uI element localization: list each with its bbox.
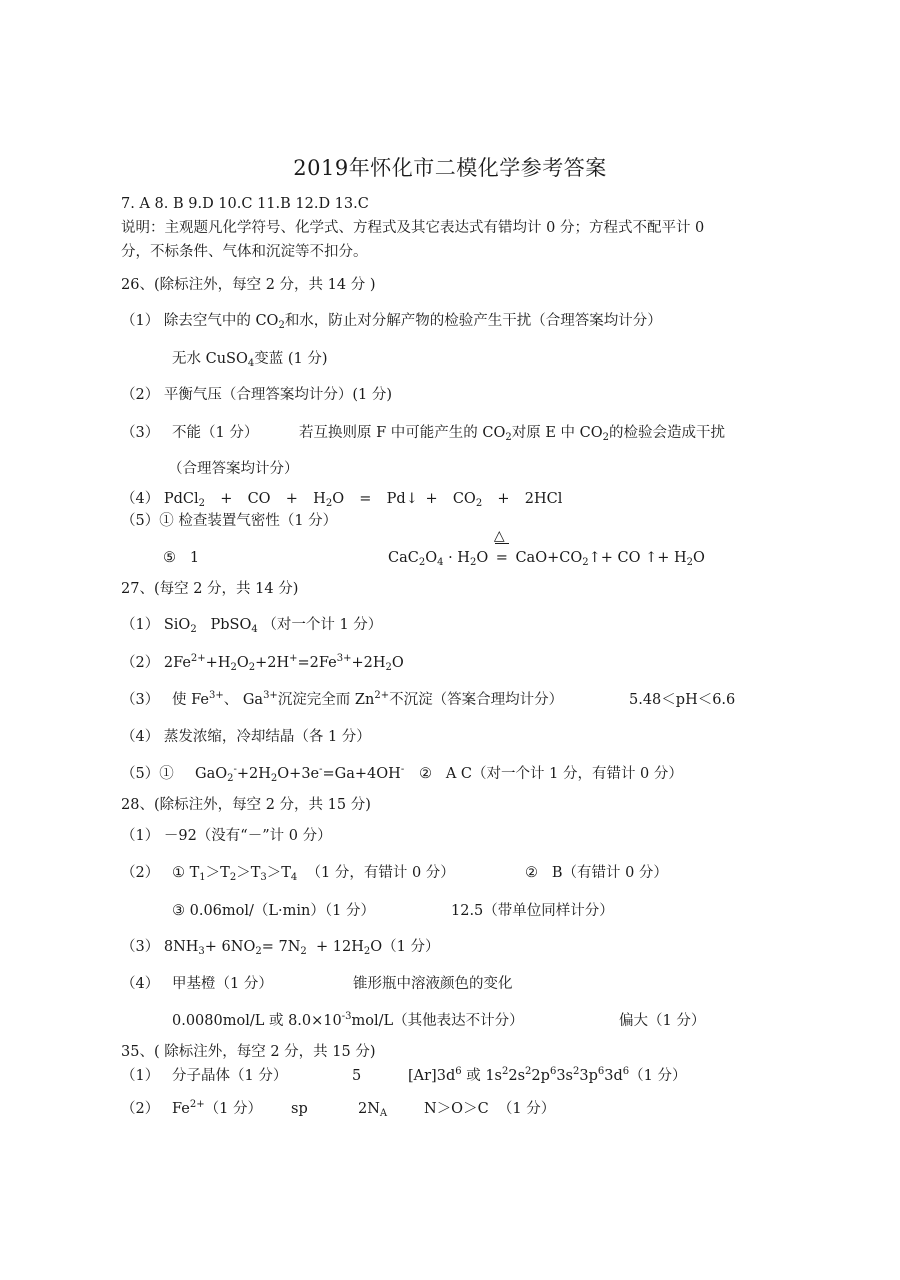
part-label: （2） (121, 387, 159, 403)
answer-text: PbSO4 (211, 617, 258, 633)
part-label: （4） (121, 974, 159, 994)
q27-part2: （2） 2Fe2++H2O2+2H+=2Fe3++2H2O (121, 653, 404, 673)
q35-header: 35、( 除标注外，每空 2 分，共 15 分) (121, 1042, 376, 1062)
q28-header: 28、(除标注外，每空 2 分，共 15 分) (121, 795, 371, 815)
answer-text: 锥形瓶中溶液颜色的变化 (353, 974, 513, 994)
part-label: （4） (121, 729, 159, 745)
page-title: 2019年怀化市二模化学参考答案 (0, 154, 900, 182)
part-label: （5）① (121, 764, 174, 784)
part-label: （3） (121, 690, 159, 710)
text: 的检验会造成干扰 (609, 425, 725, 441)
q26-part4: （4） PdCl2 + CO + H2O = Pd↓ + CO2 + 2HCl (121, 489, 562, 509)
answer-text: N＞O＞C （1 分） (424, 1099, 555, 1119)
part-label: （4） (121, 491, 159, 507)
answer-text: 偏大（1 分） (619, 1011, 705, 1031)
score-note: （对一个计 1 分） (262, 617, 382, 633)
q26-part1: （1） 除去空气中的 CO2和水，防止对分解产物的检验产生干扰（合理答案均计分） (121, 311, 662, 331)
q26-part2: （2） 平衡气压（合理答案均计分）(1 分) (121, 385, 392, 405)
mc-answers: 7. A 8. B 9.D 10.C 11.B 12.D 13.C (121, 194, 369, 214)
part-label: （1） (121, 617, 159, 633)
answer-text: ① T1＞T2＞T3＞T4 （1 分，有错计 0 分） (172, 863, 455, 883)
answer-text: 2NA (358, 1099, 387, 1119)
q26-part1b: 无水 CuSO4变蓝 (1 分) (172, 349, 328, 369)
answer-text: 使 Fe3+、 Ga3+沉淀完全而 Zn2+不沉淀（答案合理均计分） (172, 690, 563, 710)
part-label: （1） (121, 1066, 159, 1086)
answer-text: 和水，防止对分解产物的检验产生干扰（合理答案均计分） (285, 313, 662, 329)
answer-text: 0.0080mol/L 或 8.0×10-3mol/L（其他表达不计分） (172, 1011, 524, 1031)
equation: 2Fe2++H2O2+2H+=2Fe3++2H2O (164, 655, 404, 671)
note-line-2: 分，不标条件、气体和沉淀等不扣分。 (121, 242, 368, 262)
answer-text: SiO2 (164, 617, 197, 633)
part-label: （2） (121, 1099, 159, 1119)
answer-text: ② B（有错计 0 分） (525, 863, 668, 883)
part-label: ⑤ 1 (163, 548, 199, 568)
equation: PdCl2 + CO + H2O = Pd↓ + CO2 + 2HCl (164, 491, 563, 507)
part-label: （2） (121, 655, 159, 671)
answer-text: 若互换则原 F 中可能产生的 CO2对原 E 中 CO2的检验会造成干扰 (299, 423, 725, 443)
answer-text: 除去空气中的 CO (164, 313, 279, 329)
answer-text: 平衡气压（合理答案均计分）(1 分) (164, 387, 392, 403)
electron-configuration: [Ar]3d6 或 1s22s22p63s23p63d6（1 分） (408, 1066, 686, 1086)
answer-text: Fe2+（1 分） (172, 1099, 262, 1119)
answer-text: 无水 CuSO (172, 351, 248, 367)
q28-part3: （3） 8NH3+ 6NO2= 7N2 + 12H2O（1 分） (121, 937, 439, 957)
answer-key-page: 2019年怀化市二模化学参考答案 7. A 8. B 9.D 10.C 11.B… (0, 0, 900, 1280)
answer-text: 甲基橙（1 分） (172, 974, 273, 994)
q27-part4: （4） 蒸发浓缩，冷却结晶（各 1 分） (121, 727, 371, 747)
text: 对原 E 中 CO (512, 425, 603, 441)
part-label: （2） (121, 863, 159, 883)
decomposition-equation: CaC2O4 · H2O △= CaO+CO2↑+ CO ↑+ H2O (388, 548, 705, 568)
answer-text: 5 (352, 1066, 361, 1086)
ph-range: 5.48＜pH＜6.6 (629, 690, 735, 710)
part-label: （3） (121, 423, 159, 443)
text: 若互换则原 F 中可能产生的 CO (299, 425, 505, 441)
answer-text: ② A C（对一个计 1 分，有错计 0 分） (419, 764, 683, 784)
equation: 8NH3+ 6NO2= 7N2 + 12H2O（1 分） (164, 939, 440, 955)
answer-text: ③ 0.06mol/（L·min）（1 分） (172, 901, 375, 921)
heat-condition-icon: △= (493, 548, 511, 568)
answer-text: 变蓝 (1 分) (254, 351, 327, 367)
answer-text: 不能（1 分） (172, 423, 258, 443)
q28-part1: （1） －92（没有“－”计 0 分） (121, 826, 332, 846)
hybridization: sp (291, 1099, 308, 1119)
note-line-1: 说明：主观题凡化学符号、化学式、方程式及其它表达式有错均计 0 分；方程式不配平… (121, 218, 704, 238)
electrode-equation: GaO2-+2H2O+3e-=Ga+4OH- (195, 764, 404, 784)
part-label: （1） (121, 828, 159, 844)
q27-part1: （1） SiO2 PbSO4 （对一个计 1 分） (121, 615, 382, 635)
q27-header: 27、(每空 2 分，共 14 分) (121, 579, 298, 599)
answer-text: －92（没有“－”计 0 分） (164, 828, 332, 844)
answer-text: 12.5（带单位同样计分） (451, 901, 614, 921)
q26-header: 26、(除标注外，每空 2 分，共 14 分 ) (121, 275, 376, 295)
q26-part5: （5）① 检查装置气密性（1 分） (121, 511, 337, 531)
answer-text: 分子晶体（1 分） (172, 1066, 287, 1086)
part-label: （3） (121, 939, 159, 955)
answer-text: 蒸发浓缩，冷却结晶（各 1 分） (164, 729, 371, 745)
q26-part3b: （合理答案均计分） (168, 459, 299, 479)
part-label: （1） (121, 313, 159, 329)
